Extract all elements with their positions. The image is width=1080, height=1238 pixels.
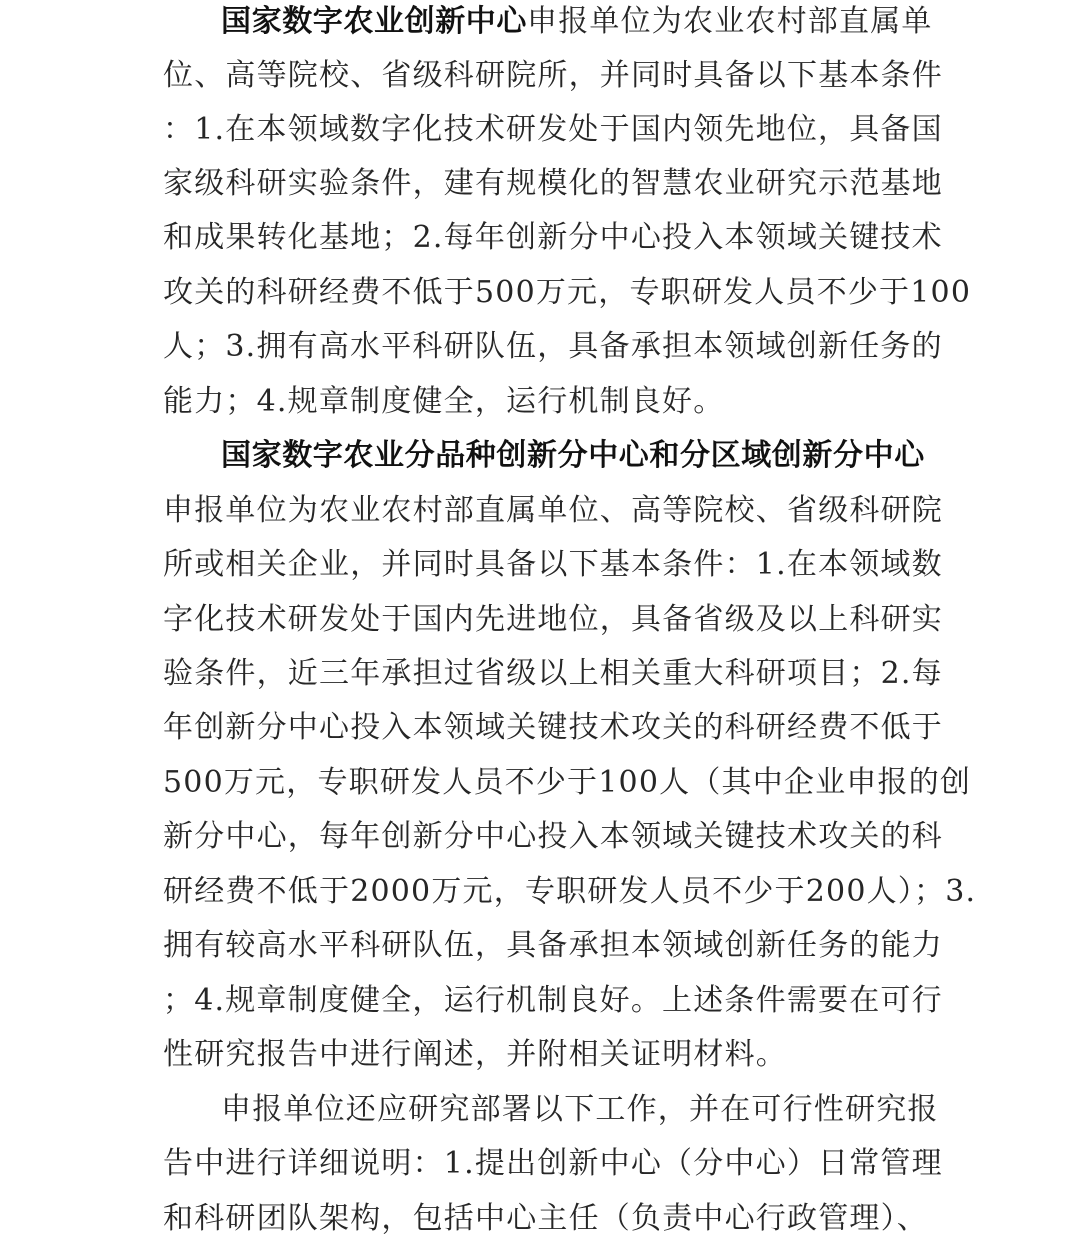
- paragraph-1-line-6: 攻关的科研经费不低于500万元，专职研发人员不少于100: [163, 266, 971, 320]
- paragraph-2-line-5: 年创新分中心投入本领域关键技术攻关的科研经费不低于: [163, 701, 943, 755]
- paragraph-1-line-5: 和成果转化基地；2.每年创新分中心投入本领域关键技术: [163, 211, 943, 265]
- paragraph-2-line-3: 字化技术研发处于国内先进地位，具备省级及以上科研实: [163, 593, 943, 647]
- paragraph-3-line-1: 申报单位还应研究部署以下工作，并在可行性研究报: [221, 1083, 939, 1137]
- paragraph-1-line-8: 能力；4.规章制度健全，运行机制良好。: [163, 375, 724, 429]
- paragraph-1-line-3: ：1.在本领域数字化技术研发处于国内领先地位，具备国: [163, 103, 943, 157]
- paragraph-2-line-2: 所或相关企业，并同时具备以下基本条件：1.在本领域数: [163, 538, 943, 592]
- paragraph-3-line-3: 和科研团队架构，包括中心主任（负责中心行政管理）、: [163, 1192, 928, 1238]
- paragraph-2-line-7: 新分中心，每年创新分中心投入本领域关键技术攻关的科: [163, 810, 943, 864]
- paragraph-1-text: 申报单位为农业农村部直属单: [527, 4, 933, 39]
- paragraph-1-line-1: 国家数字农业创新中心申报单位为农业农村部直属单: [221, 0, 933, 49]
- paragraph-1-line-2: 位、高等院校、省级科研院所，并同时具备以下基本条件: [163, 49, 943, 103]
- paragraph-2-heading: 国家数字农业分品种创新分中心和分区域创新分中心: [221, 429, 925, 483]
- paragraph-3-line-2: 告中进行详细说明：1.提出创新中心（分中心）日常管理: [163, 1137, 943, 1191]
- paragraph-2-line-6: 500万元，专职研发人员不少于100人（其中企业申报的创: [163, 756, 971, 810]
- paragraph-2-line-1: 申报单位为农业农村部直属单位、高等院校、省级科研院: [163, 484, 943, 538]
- paragraph-2-line-11: 性研究报告中进行阐述，并附相关证明材料。: [163, 1028, 787, 1082]
- paragraph-2-line-8: 研经费不低于2000万元，专职研发人员不少于200人）；3.: [163, 865, 976, 919]
- paragraph-2-line-10: ；4.规章制度健全，运行机制良好。上述条件需要在可行: [163, 974, 943, 1028]
- paragraph-1-line-4: 家级科研实验条件，建有规模化的智慧农业研究示范基地: [163, 157, 943, 211]
- paragraph-1-heading: 国家数字农业创新中心: [221, 4, 527, 39]
- paragraph-2-line-4: 验条件，近三年承担过省级以上相关重大科研项目；2.每: [163, 647, 943, 701]
- paragraph-1-line-7: 人；3.拥有高水平科研队伍，具备承担本领域创新任务的: [163, 320, 943, 374]
- paragraph-2-line-9: 拥有较高水平科研队伍，具备承担本领域创新任务的能力: [163, 919, 943, 973]
